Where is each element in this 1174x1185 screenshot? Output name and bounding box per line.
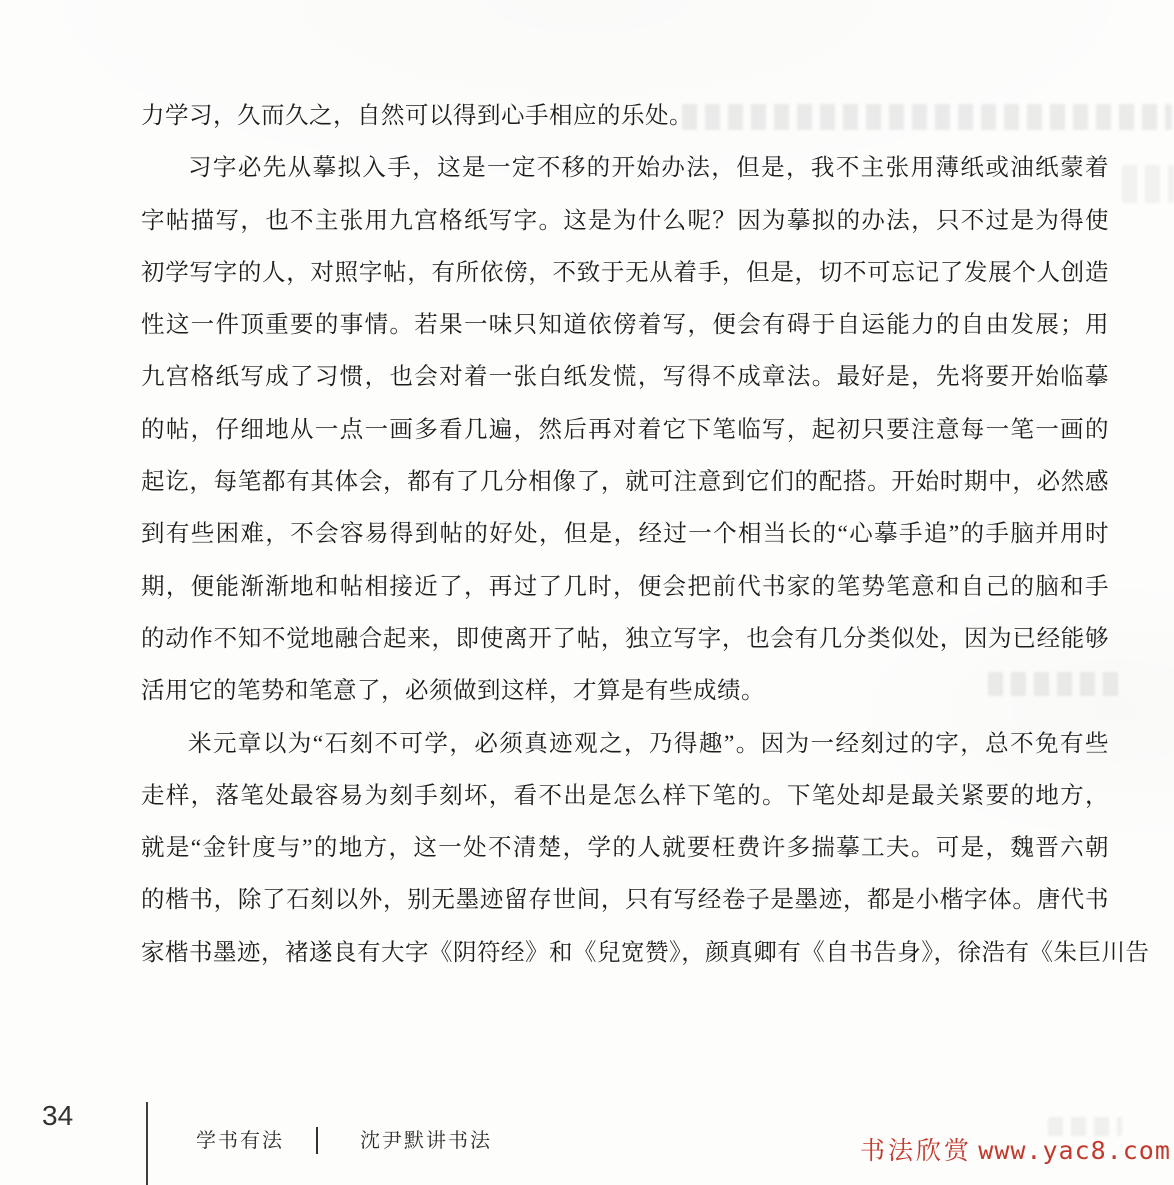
text-line: 起讫，每笔都有其体会，都有了几分相像了，就可注意到它们的配搭。开始时期中，必然感 [141, 456, 1109, 508]
watermark-site-name: 书法欣赏 [860, 1138, 972, 1165]
text-line: 走样，落笔处最容易为刻手刻坏，看不出是怎么样下笔的。下笔处却是最关紧要的地方， [141, 770, 1109, 822]
bleed-through-text [1048, 1117, 1122, 1136]
watermark-site-url: www.yac8.com [978, 1136, 1171, 1165]
watermark: 书法欣赏 www.yac8.com [860, 1136, 1171, 1167]
footer-vertical-rule [146, 1102, 148, 1185]
book-page-scan: 力学习，久而久之，自然可以得到心手相应的乐处。习字必先从摹拟入手，这是一定不移的… [0, 0, 1174, 1185]
text-line: 的动作不知不觉地融合起来，即使离开了帖，独立写字，也会有几分类似处，因为已经能够 [141, 613, 1109, 665]
text-line: 期，便能渐渐地和帖相接近了，再过了几时，便会把前代书家的笔势笔意和自己的脑和手 [141, 561, 1109, 613]
text-line: 米元章以为“石刻不可学，必须真迹观之，乃得趣”。因为一经刻过的字，总不免有些 [141, 718, 1109, 770]
text-line: 活用它的笔势和笔意了，必须做到这样，才算是有些成绩。 [141, 665, 1109, 717]
text-line: 九宫格纸写成了习惯，也会对着一张白纸发慌，写得不成章法。最好是，先将要开始临摹 [141, 351, 1109, 403]
page-number: 34 [42, 1102, 73, 1130]
text-line: 的帖，仔细地从一点一画多看几遍，然后再对着它下笔临写，起初只要注意每一笔一画的 [141, 404, 1109, 456]
text-line: 字帖描写，也不主张用九宫格纸写字。这是为什么呢？因为摹拟的办法，只不过是为得使 [141, 195, 1109, 247]
text-line: 习字必先从摹拟入手，这是一定不移的开始办法，但是，我不主张用薄纸或油纸蒙着 [141, 142, 1109, 194]
text-line: 到有些困难，不会容易得到帖的好处，但是，经过一个相当长的“心摹手追”的手脑并用时 [141, 508, 1109, 560]
bleed-through-text [1122, 165, 1174, 203]
footer-book-title: 学书有法 [196, 1129, 284, 1153]
text-line: 家楷书墨迹，褚遂良有大字《阴符经》和《兒宽赞》，颜真卿有《自书告身》，徐浩有《朱… [141, 927, 1109, 979]
text-line: 就是“金针度与”的地方，这一处不清楚，学的人就要枉费许多揣摹工夫。可是，魏晋六朝 [141, 822, 1109, 874]
footer-divider [316, 1127, 318, 1154]
footer-chapter-title: 沈尹默讲书法 [360, 1129, 492, 1153]
body-text: 力学习，久而久之，自然可以得到心手相应的乐处。习字必先从摹拟入手，这是一定不移的… [141, 90, 1109, 979]
text-line: 的楷书，除了石刻以外，别无墨迹留存世间，只有写经卷子是墨迹，都是小楷字体。唐代书 [141, 874, 1109, 926]
text-line: 力学习，久而久之，自然可以得到心手相应的乐处。 [141, 90, 1109, 142]
text-line: 性这一件顶重要的事情。若果一味只知道依傍着写，便会有碍于自运能力的自由发展；用 [141, 299, 1109, 351]
text-line: 初学写字的人，对照字帖，有所依傍，不致于无从着手，但是，切不可忘记了发展个人创造 [141, 247, 1109, 299]
